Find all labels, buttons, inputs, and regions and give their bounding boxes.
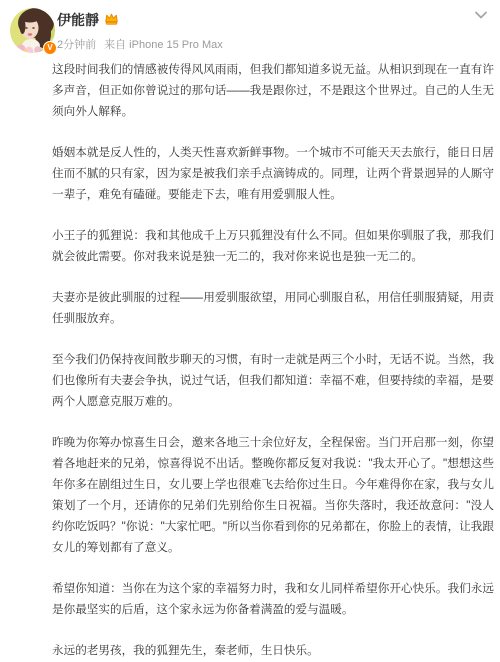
timestamp: 2分钟前 [57, 39, 96, 51]
post-meta: 2分钟前来自 iPhone 15 Pro Max [57, 36, 223, 52]
post-source: 来自 iPhone 15 Pro Max [104, 39, 223, 51]
crown-icon[interactable] [104, 12, 119, 30]
post-paragraph: 至今我们仍保持夜间散步聊天的习惯，有时一走就是两三个小时，无话不说。当然，我们也… [52, 349, 494, 412]
avatar[interactable]: V [10, 8, 55, 53]
post-paragraph: 婚姻本就是反人性的，人类天性喜欢新鲜事物。一个城市不可能天天去旅行，能日日居住而… [52, 142, 494, 205]
chevron-down-icon[interactable] [472, 6, 490, 24]
post-paragraph: 昨晚为你筹办惊喜生日会，邀来各地三十余位好友，全程保密。当门开启那一刻，你望着各… [52, 432, 494, 558]
post-paragraph: 永远的老男孩，我的狐狸先生，秦老师，生日快乐。 [52, 640, 494, 661]
post-paragraph: 希望你知道：当你在为这个家的幸福努力时，我和女儿同样希望你开心快乐。我们永远是你… [52, 578, 494, 620]
post-paragraph: 小王子的狐狸说：我和其他成千上万只狐狸没有什么不同。但如果你驯服了我，那我们就会… [52, 225, 494, 267]
post-paragraph: 夫妻亦是彼此驯服的过程——用爱驯服欲望，用同心驯服自私，用信任驯服猜疑，用责任驯… [52, 287, 494, 329]
post-header: V 伊能靜 2分钟前来自 iPhone 15 Pro Max [0, 0, 500, 53]
post-body: 这段时间我们的情感被传得风风雨雨，但我们都知道多说无益。从相识到现在一直有许多声… [0, 53, 500, 661]
verified-v-icon: V [43, 41, 57, 55]
weibo-post-card: V 伊能靜 2分钟前来自 iPhone 15 Pro Max [0, 0, 500, 662]
post-paragraph: 这段时间我们的情感被传得风风雨雨，但我们都知道多说无益。从相识到现在一直有许多声… [52, 59, 494, 122]
user-block: 伊能靜 2分钟前来自 iPhone 15 Pro Max [57, 10, 223, 52]
username[interactable]: 伊能靜 [57, 10, 99, 30]
